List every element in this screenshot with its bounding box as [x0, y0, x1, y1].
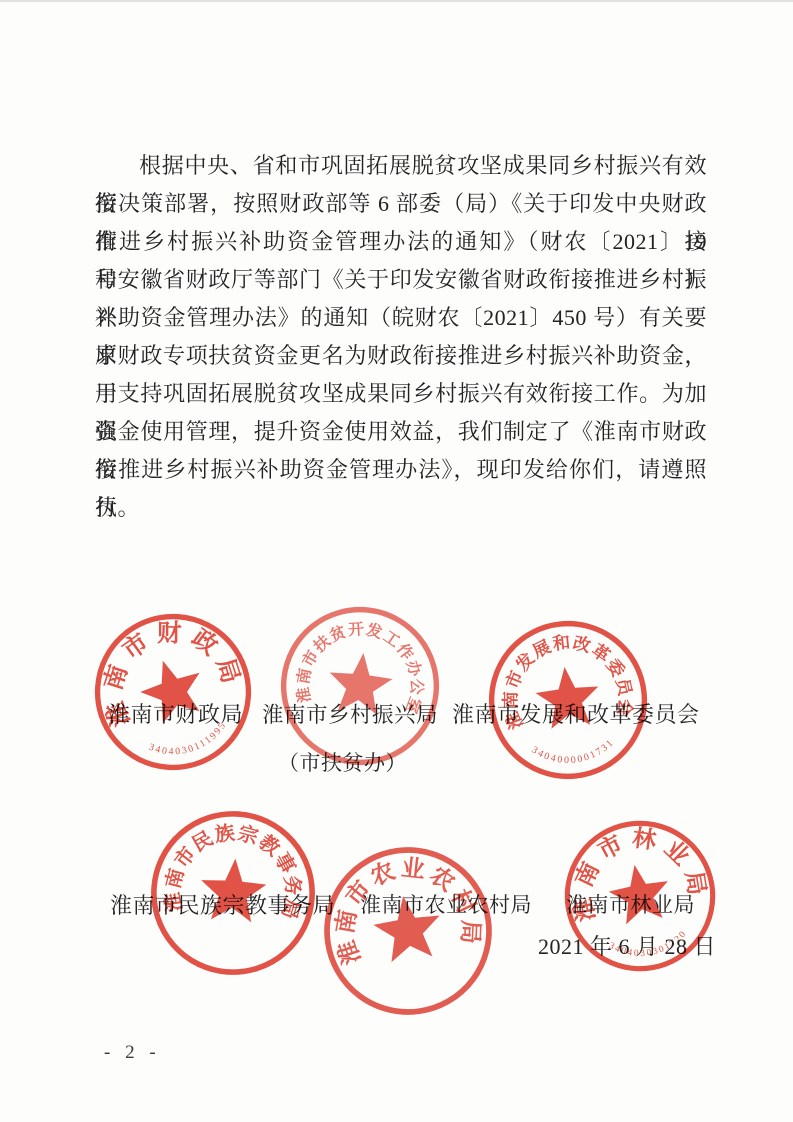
body-line: 接推进乡村振兴补助资金管理办法》，现印发给你们，请遵照执 — [95, 451, 707, 489]
body-line: 行。 — [95, 489, 707, 527]
seal-agriculture-rural-bureau: 淮南市农业农村局 — [309, 832, 508, 1031]
seal-ethnic-religious-affairs-bureau: 淮南市民族宗教事务局 — [141, 801, 325, 985]
seal-forestry-bureau: 淮南市林业局 3404030301720 — [548, 804, 731, 987]
body-line: 推进乡村振兴补助资金管理办法的通知》（财农〔2021〕19 号） — [95, 223, 707, 261]
seal-number: 3404030111995 — [145, 717, 235, 767]
page-number: - 2 - — [104, 1042, 161, 1064]
body-line: 资金使用管理，提升资金使用效益，我们制定了《淮南市财政衔 — [95, 413, 707, 451]
body-line: 补助资金管理办法》的通知（皖财农〔2021〕450 号）有关要求， — [95, 299, 707, 337]
seal-finance-bureau: 淮南市财政局 3404030111995 — [70, 589, 277, 796]
body-paragraph: 根据中央、省和市巩固拓展脱贫攻坚成果同乡村振兴有效衔 接决策部署，按照财政部等 … — [95, 147, 707, 527]
star-icon — [198, 856, 268, 923]
body-line: 根据中央、省和市巩固拓展脱贫攻坚成果同乡村振兴有效衔 — [95, 147, 707, 185]
star-icon — [370, 891, 445, 963]
scan-artifact — [0, 0, 793, 2]
document-page: 根据中央、省和市巩固拓展脱贫攻坚成果同乡村振兴有效衔 接决策部署，按照财政部等 … — [0, 0, 793, 1122]
star-icon — [133, 651, 211, 727]
star-icon — [326, 650, 395, 716]
body-line: 原财政专项扶贫资金更名为财政衔接推进乡村振兴补助资金，用 — [95, 337, 707, 375]
body-line: 于支持巩固拓展脱贫攻坚成果同乡村振兴有效衔接工作。为加强 — [95, 375, 707, 413]
body-line: 接决策部署，按照财政部等 6 部委（局）《关于印发中央财政衔接 — [95, 185, 707, 223]
seal-development-reform-commission: 淮南市发展和改革委员会 3404000001731 — [477, 609, 659, 791]
seal-poverty-alleviation-office: 淮南市扶贫开发工作办公室 — [269, 595, 451, 777]
star-icon — [605, 860, 674, 927]
star-icon — [533, 664, 602, 730]
body-line: 和安徽省财政厅等部门《关于印发安徽省财政衔接推进乡村振兴 — [95, 261, 707, 299]
